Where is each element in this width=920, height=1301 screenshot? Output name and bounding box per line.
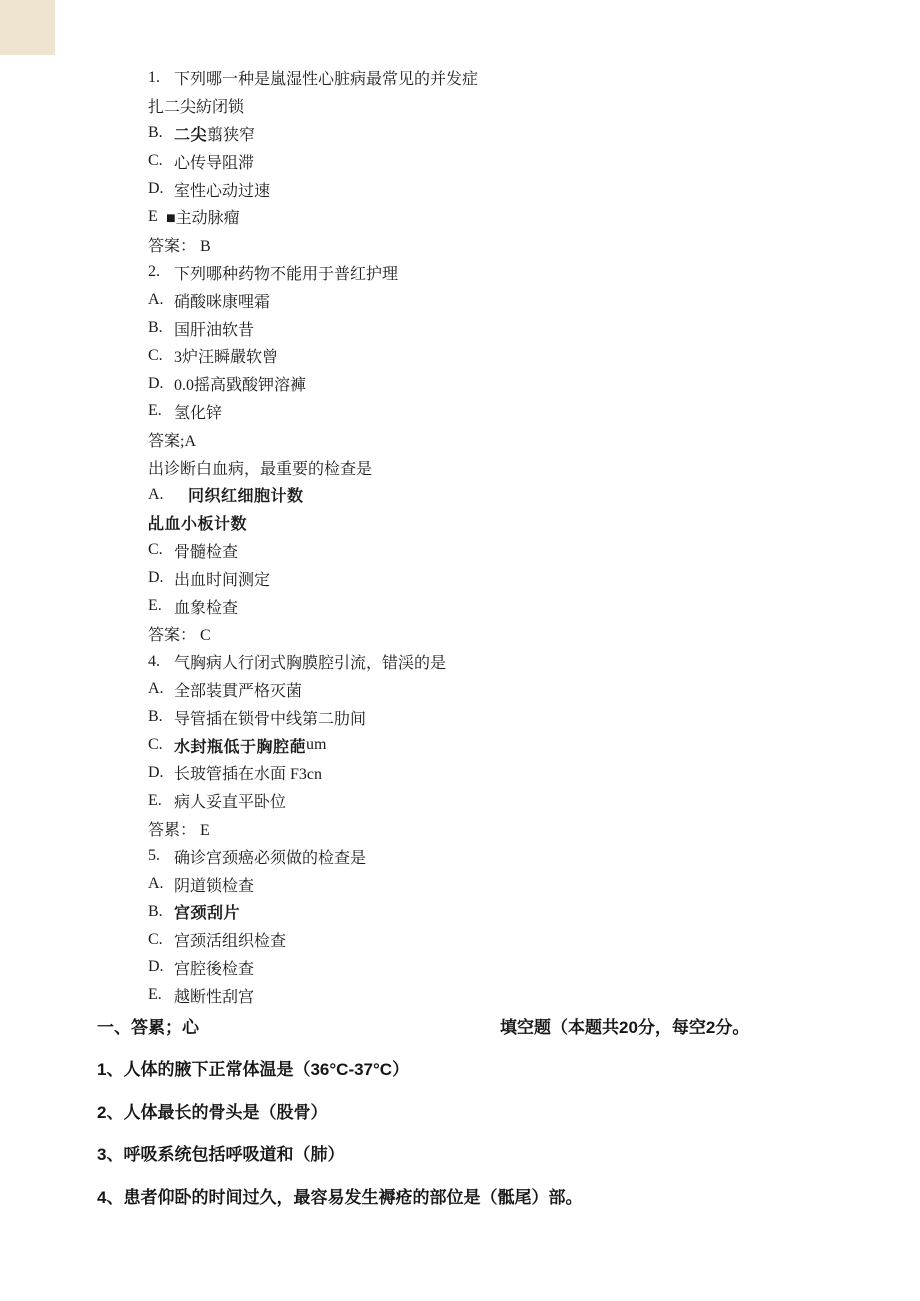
mcq-line: A.硝酸咪康哩霜 (148, 286, 848, 314)
mcq-line: D.长玻管插在水面 F3cn (148, 759, 848, 787)
mcq-line: 1.下列哪一种是嵐湿性心脏病最常见的并发症 (148, 64, 848, 92)
option-label: E. (148, 597, 174, 615)
text-segment: 乩血小板计数 (148, 511, 247, 534)
text-segment: ■主动脉瘤 (166, 205, 240, 228)
text-segment: 答案： C (148, 622, 211, 645)
mcq-line: 答案： B (148, 231, 848, 259)
text-segment: 出诊断白血病，最重要的检查是 (148, 456, 372, 479)
option-label: A. (148, 486, 188, 504)
fill-items: 1、人体的腋下正常体温是（36°C-37°C）2、人体最长的骨头是（股骨）3、呼… (97, 1055, 887, 1209)
mcq-line: B.导管插在锁骨中线第二肋间 (148, 703, 848, 731)
text-segment: 二尖 (174, 122, 207, 145)
text-segment: 答案： B (148, 233, 211, 256)
mcq-line: E.氢化锌 (148, 398, 848, 426)
option-label: D. (148, 569, 174, 587)
option-label: D. (148, 958, 174, 976)
document-page: 1.下列哪一种是嵐湿性心脏病最常见的并发症扎二尖紡闭锁B.二尖翦狭窄C.心传导阻… (0, 0, 920, 1301)
option-label: C. (148, 931, 174, 949)
mcq-line: 答案;A (148, 425, 848, 453)
fill-item: 2、人体最长的骨头是（股骨） (97, 1097, 887, 1123)
text-segment: 冋织红细胞计数 (188, 483, 304, 506)
text-segment: 下列哪种药物不能用于普红护理 (174, 261, 398, 284)
text-segment: 室性心动过速 (174, 178, 270, 201)
mcq-line: D.宫腔後检查 (148, 954, 848, 982)
fill-item: 4、患者仰卧的时间过久，最容易发生褥疮的部位是（骶尾）部。 (97, 1182, 887, 1208)
mcq-section: 1.下列哪一种是嵐湿性心脏病最常见的并发症扎二尖紡闭锁B.二尖翦狭窄C.心传导阻… (148, 64, 848, 1009)
option-label: C. (148, 736, 174, 754)
mcq-line: D.出血时间测定 (148, 564, 848, 592)
text-segment: 3炉汪瞬嚴软曾 (174, 344, 278, 367)
text-segment: 下列哪一种是嵐湿性心脏病最常见的并发症 (174, 66, 478, 89)
mcq-line: D.室性心动过速 (148, 175, 848, 203)
option-label: A. (148, 291, 174, 309)
fill-item: 1、人体的腋下正常体温是（36°C-37°C） (97, 1055, 887, 1081)
option-label: E. (148, 792, 174, 810)
text-segment: 0.0摇高戥酸钾溶褲 (174, 372, 306, 395)
mcq-line: A.冋织红细胞计数 (148, 481, 848, 509)
option-label: B. (148, 319, 174, 337)
option-label: B. (148, 124, 174, 142)
option-label: E. (148, 986, 174, 1004)
text-segment: 答累： E (148, 817, 210, 840)
mcq-line: 答累： E (148, 815, 848, 843)
mcq-line: 4.气胸病人行闭式胸膜腔引流，错渓的是 (148, 648, 848, 676)
text-segment: um (306, 736, 326, 754)
text-segment: 心传导阻滞 (174, 150, 254, 173)
option-label: E (148, 208, 166, 226)
text-segment: 阴道锁检查 (174, 873, 254, 896)
option-label: 2. (148, 263, 174, 281)
fill-item: 3、呼吸系统包括呼吸道和（肺） (97, 1140, 887, 1166)
text-segment: 全部装貫严格灭菌 (174, 678, 302, 701)
option-label: A. (148, 875, 174, 893)
text-segment: 血象检查 (174, 595, 238, 618)
option-label: B. (148, 903, 174, 921)
mcq-line: E.血象检查 (148, 592, 848, 620)
text-segment: 越断性刮宫 (174, 984, 254, 1007)
fill-blank-section: 一、答累；心 填空题（本题共20分，每空2分。 1、人体的腋下正常体温是（36°… (97, 1012, 887, 1225)
text-segment: 宫颈活组织检查 (174, 928, 286, 951)
option-label: 5. (148, 847, 174, 865)
mcq-line: B.国肝油软昔 (148, 314, 848, 342)
mcq-line: 5.确诊宫颈癌必须做的检查是 (148, 842, 848, 870)
mcq-line: E■主动脉瘤 (148, 203, 848, 231)
option-label: 1. (148, 69, 174, 87)
mcq-line: A.全部装貫严格灭菌 (148, 676, 848, 704)
option-label: E. (148, 402, 174, 420)
text-segment: 宫腔後检查 (174, 956, 254, 979)
mcq-line: C.水封瓶低于胸腔葩um (148, 731, 848, 759)
option-label: D. (148, 180, 174, 198)
mcq-line: D.0.0摇高戥酸钾溶褲 (148, 370, 848, 398)
mcq-line: 乩血小板计数 (148, 509, 848, 537)
mcq-line: C.3炉汪瞬嚴软曾 (148, 342, 848, 370)
text-segment: 水封瓶低于胸腔葩 (174, 734, 306, 757)
text-segment: 确诊宫颈癌必须做的检查是 (174, 845, 366, 868)
option-label: B. (148, 708, 174, 726)
option-label: D. (148, 375, 174, 393)
mcq-line: 扎二尖紡闭锁 (148, 92, 848, 120)
option-label: D. (148, 764, 174, 782)
text-segment: 国肝油软昔 (174, 317, 254, 340)
mcq-line: 2.下列哪种药物不能用于普红护理 (148, 259, 848, 287)
option-label: 4. (148, 653, 174, 671)
option-label: C. (148, 541, 174, 559)
mcq-line: A.阴道锁检查 (148, 870, 848, 898)
text-segment: 出血时间测定 (174, 567, 270, 590)
answer-label: 一、答累；心 (97, 1013, 199, 1038)
mcq-line: C.骨髓检查 (148, 537, 848, 565)
option-label: A. (148, 680, 174, 698)
text-segment: 长玻管插在水面 F3cn (174, 761, 322, 784)
text-segment: 翦狭窄 (207, 122, 255, 145)
text-segment: 氢化锌 (174, 400, 222, 423)
mcq-line: E.越断性刮宫 (148, 981, 848, 1009)
fill-section-title: 填空题（本题共20分，每空2分。 (500, 1012, 749, 1038)
corner-artifact (0, 0, 55, 55)
mcq-line: C.宫颈活组织检查 (148, 926, 848, 954)
mcq-line: 出诊断白血病，最重要的检查是 (148, 453, 848, 481)
option-label: C. (148, 347, 174, 365)
mcq-line: B.宫颈刮片 (148, 898, 848, 926)
text-segment: 答案;A (148, 428, 196, 451)
text-segment: 扎二尖紡闭锁 (148, 94, 244, 117)
fill-section-header: 一、答累；心 填空题（本题共20分，每空2分。 (97, 1012, 887, 1038)
text-segment: 宫颈刮片 (174, 900, 240, 923)
mcq-line: C.心传导阻滞 (148, 147, 848, 175)
mcq-line: 答案： C (148, 620, 848, 648)
text-segment: 硝酸咪康哩霜 (174, 289, 270, 312)
mcq-line: E.病人妥直平卧位 (148, 787, 848, 815)
option-label: C. (148, 152, 174, 170)
text-segment: 导管插在锁骨中线第二肋间 (174, 706, 366, 729)
text-segment: 气胸病人行闭式胸膜腔引流，错渓的是 (174, 650, 446, 673)
text-segment: 骨髓检查 (174, 539, 238, 562)
mcq-line: B.二尖翦狭窄 (148, 120, 848, 148)
text-segment: 病人妥直平卧位 (174, 789, 286, 812)
